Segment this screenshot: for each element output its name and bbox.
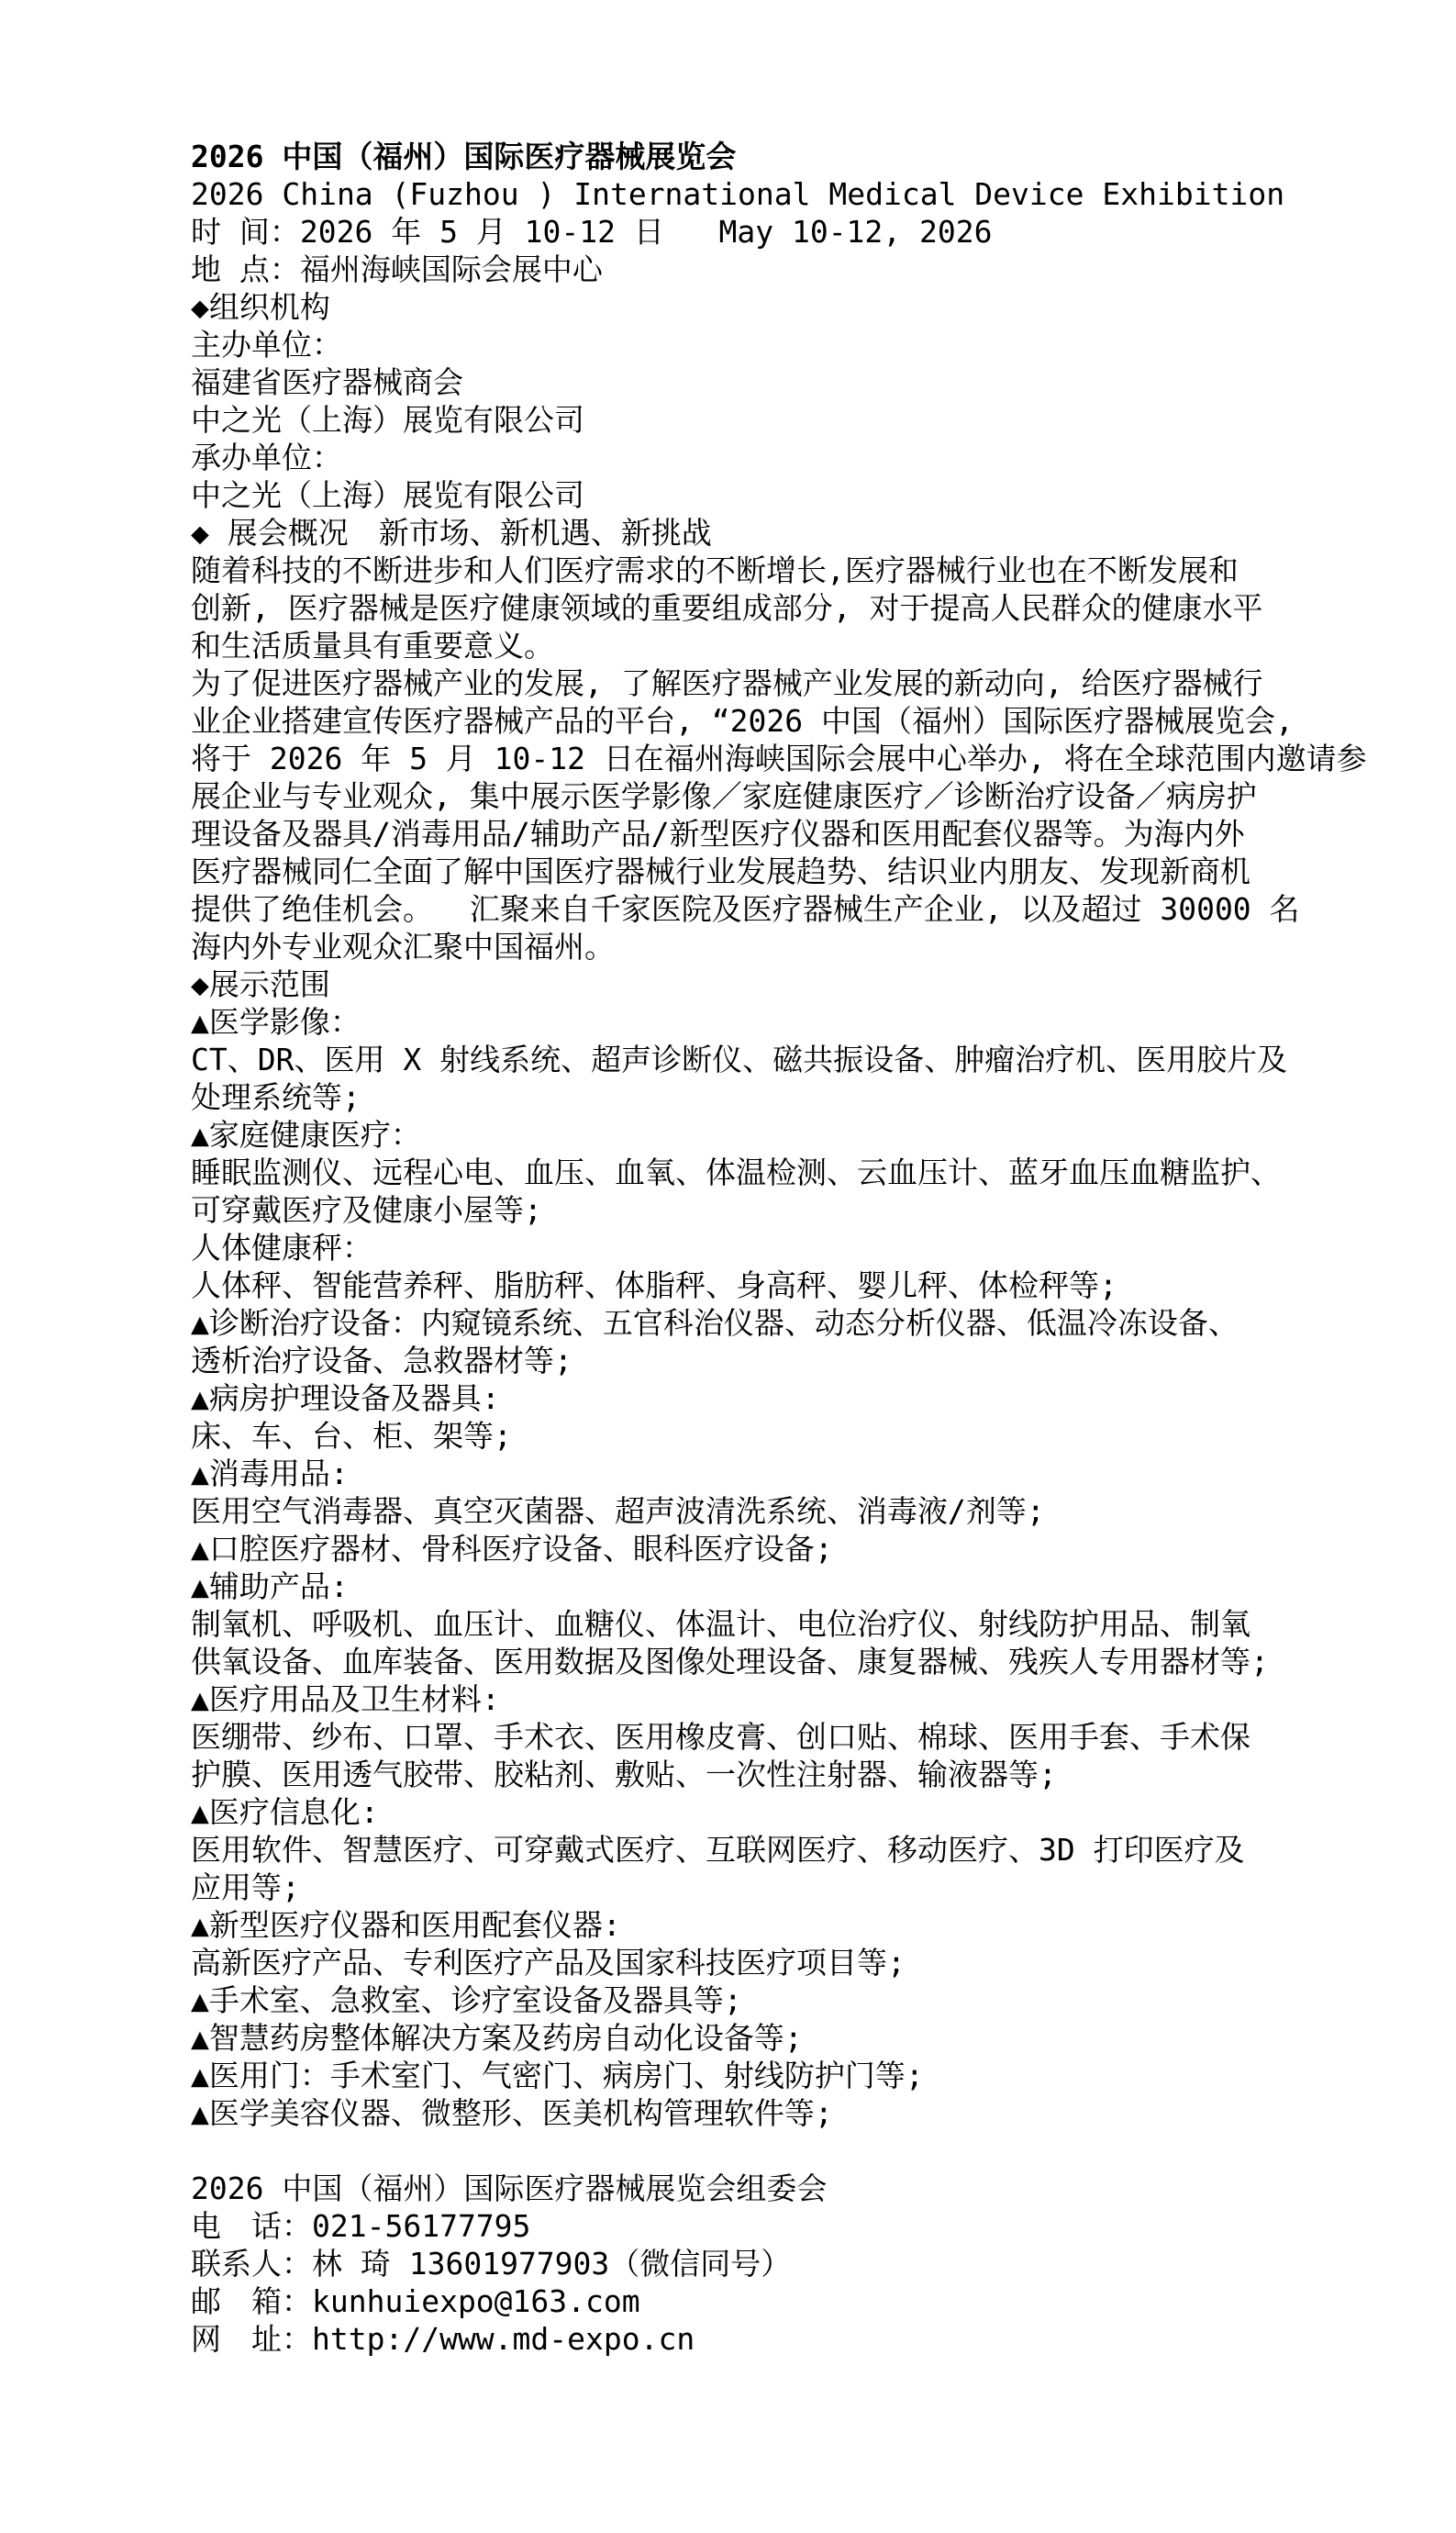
text-line: 医疗器械同仁全面了解中国医疗器械行业发展趋势、结识业内朋友、发现新商机 bbox=[191, 853, 1365, 890]
text-line: 人体秤、智能营养秤、脂肪秤、体脂秤、身高秤、婴儿秤、体检秤等; bbox=[191, 1266, 1365, 1304]
text-line: 展企业与专业观众, 集中展示医学影像／家庭健康医疗／诊断治疗设备／病房护 bbox=[191, 777, 1365, 815]
text-line: 时 间：2026 年 5 月 10-12 日 May 10-12, 2026 bbox=[191, 213, 1365, 251]
text-line: 提供了绝佳机会。 汇聚来自千家医院及医疗器械生产企业, 以及超过 30000 名 bbox=[191, 890, 1365, 928]
text-line: 和生活质量具有重要意义。 bbox=[191, 627, 1365, 664]
text-line: 福建省医疗器械商会 bbox=[191, 363, 1365, 401]
text-line: ▲病房护理设备及器具: bbox=[191, 1379, 1365, 1417]
text-line: 为了促进医疗器械产业的发展, 了解医疗器械产业发展的新动向, 给医疗器械行 bbox=[191, 664, 1365, 702]
text-line: ▲智慧药房整体解决方案及药房自动化设备等; bbox=[191, 2019, 1365, 2057]
text-line: 理设备及器具/消毒用品/辅助产品/新型医疗仪器和医用配套仪器等。为海内外 bbox=[191, 815, 1365, 853]
text-line: ▲手术室、急救室、诊疗室设备及器具等; bbox=[191, 1981, 1365, 2019]
text-line: 处理系统等; bbox=[191, 1078, 1365, 1116]
text-line: 医用空气消毒器、真空灭菌器、超声波清洗系统、消毒液/剂等; bbox=[191, 1492, 1365, 1530]
text-line: ▲口腔医疗器材、骨科医疗设备、眼科医疗设备; bbox=[191, 1530, 1365, 1568]
text-line: ▲医学影像： bbox=[191, 1003, 1365, 1041]
text-line: 可穿戴医疗及健康小屋等; bbox=[191, 1191, 1365, 1229]
text-line: 医绷带、纱布、口罩、手术衣、医用橡皮膏、创口贴、棉球、医用手套、手术保 bbox=[191, 1718, 1365, 1756]
text-line: CT、DR、医用 X 射线系统、超声诊断仪、磁共振设备、肿瘤治疗机、医用胶片及 bbox=[191, 1041, 1365, 1078]
text-line: 随着科技的不断进步和人们医疗需求的不断增长,医疗器械行业也在不断发展和 bbox=[191, 552, 1365, 589]
text-line: ▲医疗用品及卫生材料: bbox=[191, 1680, 1365, 1718]
text-line: 睡眠监测仪、远程心电、血压、血氧、体温检测、云血压计、蓝牙血压血糖监护、 bbox=[191, 1154, 1365, 1191]
text-line: ◆组织机构 bbox=[191, 288, 1365, 326]
text-line: ◆ 展会概况 新市场、新机遇、新挑战 bbox=[191, 514, 1365, 552]
text-line: 将于 2026 年 5 月 10-12 日在福州海峡国际会展中心举办, 将在全球… bbox=[191, 740, 1365, 777]
text-line: 电 话：021-56177795 bbox=[191, 2207, 1365, 2245]
text-line: 创新, 医疗器械是医疗健康领域的重要组成部分, 对于提高人民群众的健康水平 bbox=[191, 589, 1365, 627]
text-line: 床、车、台、柜、架等; bbox=[191, 1417, 1365, 1455]
text-line: 人体健康秤： bbox=[191, 1229, 1365, 1266]
text-line: 地 点：福州海峡国际会展中心 bbox=[191, 251, 1365, 288]
text-line: 护膜、医用透气胶带、胶粘剂、敷贴、一次性注射器、输液器等; bbox=[191, 1756, 1365, 1793]
document-title: 2026 中国（福州）国际医疗器械展览会 bbox=[191, 138, 1365, 175]
blank-line bbox=[191, 2132, 1365, 2170]
text-line: 高新医疗产品、专利医疗产品及国家科技医疗项目等; bbox=[191, 1944, 1365, 1981]
text-line: 主办单位： bbox=[191, 326, 1365, 363]
text-line: 医用软件、智慧医疗、可穿戴式医疗、互联网医疗、移动医疗、3D 打印医疗及 bbox=[191, 1831, 1365, 1869]
text-line: ▲医疗信息化: bbox=[191, 1793, 1365, 1831]
text-line: 网 址：http://www.md-expo.cn bbox=[191, 2320, 1365, 2358]
text-line: ▲医学美容仪器、微整形、医美机构管理软件等; bbox=[191, 2094, 1365, 2132]
text-line: 海内外专业观众汇聚中国福州。 bbox=[191, 928, 1365, 965]
text-line: 透析治疗设备、急救器材等; bbox=[191, 1342, 1365, 1379]
text-line: 中之光（上海）展览有限公司 bbox=[191, 476, 1365, 514]
text-line: ▲辅助产品: bbox=[191, 1568, 1365, 1605]
document-page: 2026 中国（福州）国际医疗器械展览会2026 China (Fuzhou )… bbox=[0, 0, 1456, 2533]
text-line: 邮 箱：kunhuiexpo@163.com bbox=[191, 2282, 1365, 2320]
text-line: ▲医用门：手术室门、气密门、病房门、射线防护门等; bbox=[191, 2057, 1365, 2094]
text-line: ▲诊断治疗设备：内窥镜系统、五官科治仪器、动态分析仪器、低温冷冻设备、 bbox=[191, 1304, 1365, 1342]
text-line: 联系人：林 琦 13601977903（微信同号） bbox=[191, 2245, 1365, 2282]
text-line: 2026 China (Fuzhou ) International Medic… bbox=[191, 175, 1365, 213]
text-line: 供氧设备、血库装备、医用数据及图像处理设备、康复器械、残疾人专用器材等; bbox=[191, 1643, 1365, 1680]
text-line: ◆展示范围 bbox=[191, 965, 1365, 1003]
text-line: 2026 中国（福州）国际医疗器械展览会组委会 bbox=[191, 2170, 1365, 2207]
text-line: ▲新型医疗仪器和医用配套仪器: bbox=[191, 1906, 1365, 1944]
text-line: 制氧机、呼吸机、血压计、血糖仪、体温计、电位治疗仪、射线防护用品、制氧 bbox=[191, 1605, 1365, 1643]
document-body: 2026 中国（福州）国际医疗器械展览会2026 China (Fuzhou )… bbox=[191, 138, 1365, 2358]
text-line: ▲家庭健康医疗： bbox=[191, 1116, 1365, 1154]
text-line: 业企业搭建宣传医疗器械产品的平台, “2026 中国（福州）国际医疗器械展览会, bbox=[191, 702, 1365, 740]
text-line: 中之光（上海）展览有限公司 bbox=[191, 401, 1365, 439]
text-line: 承办单位： bbox=[191, 439, 1365, 476]
text-line: ▲消毒用品: bbox=[191, 1455, 1365, 1492]
text-line: 应用等; bbox=[191, 1869, 1365, 1906]
